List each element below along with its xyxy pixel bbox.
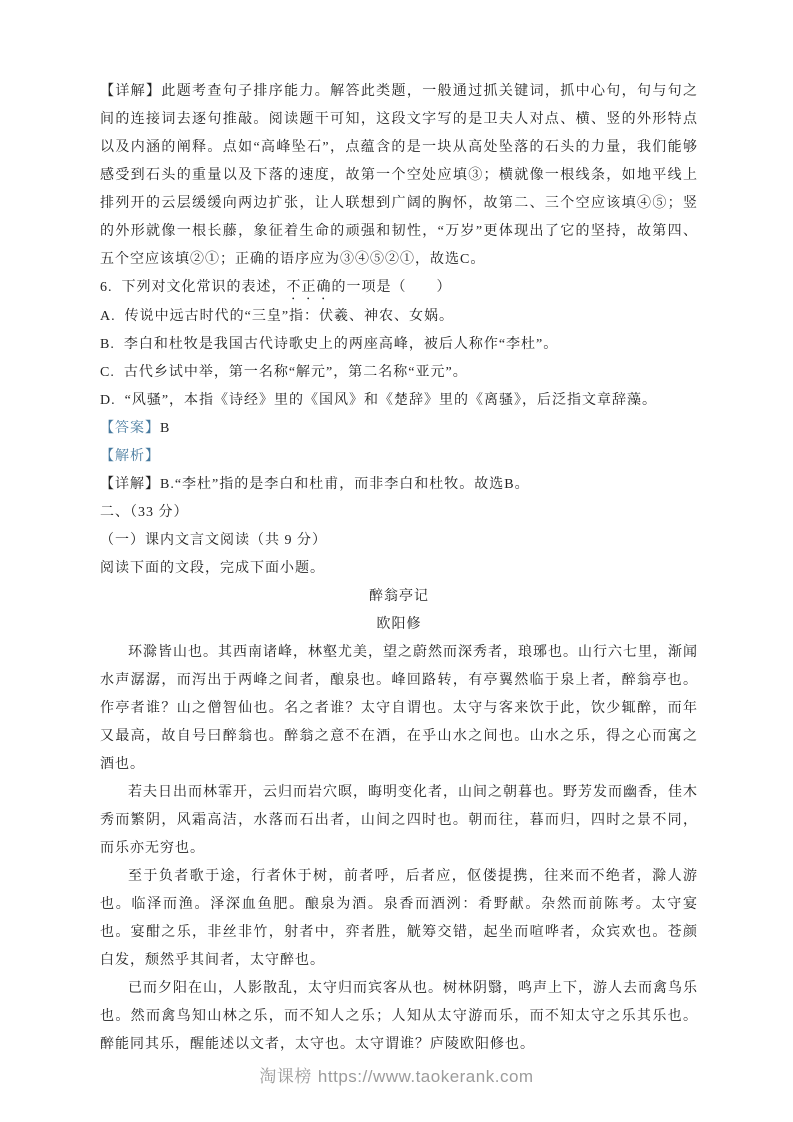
- option-c: C.古代乡试中举，第一名称“解元”，第二名称“亚元”。: [100, 359, 698, 387]
- answer-label: 【答案】: [100, 421, 160, 436]
- footer-site-name: 淘课榜: [259, 1067, 312, 1086]
- option-b-label: B.: [100, 337, 115, 352]
- question-6-stem: 6.下列对文化常识的表述，不正确的一项是（ ）: [100, 274, 698, 303]
- passage-title: 醉翁亭记: [100, 583, 698, 611]
- footer-site-url: https://www.taokerank.com: [318, 1067, 534, 1086]
- subsection-heading: （一）课内文言文阅读（共 9 分）: [100, 527, 698, 555]
- section-heading: 二、（33 分）: [100, 499, 698, 527]
- passage-paragraph-2: 若夫日出而林霏开，云归而岩穴暝，晦明变化者，山间之朝暮也。野芳发而幽香，佳木秀而…: [100, 779, 698, 863]
- question-stem-after: 的一项是（ ）: [332, 280, 452, 295]
- explanation-paragraph-1: 【详解】此题考查句子排序能力。解答此类题，一般通过抓关键词，抓中心句，句与句之间…: [100, 78, 698, 274]
- explanation-paragraph-2: 【详解】B.“李杜”指的是李白和杜甫，而非李白和杜牧。故选B。: [100, 471, 698, 499]
- option-d: D.“风骚”，本指《诗经》里的《国风》和《楚辞》里的《离骚》，后泛指文章辞藻。: [100, 387, 698, 415]
- answer-line: 【答案】B: [100, 415, 698, 443]
- option-a: A.传说中远古时代的“三皇”指：伏羲、神农、女娲。: [100, 303, 698, 331]
- document-page: 【详解】此题考查句子排序能力。解答此类题，一般通过抓关键词，抓中心句，句与句之间…: [0, 0, 793, 1122]
- footer-watermark: 淘课榜https://www.taokerank.com: [0, 1066, 793, 1088]
- passage-paragraph-3: 至于负者歌于途，行者休于树，前者呼，后者应，伛偻提携，往来而不绝者，滁人游也。临…: [100, 863, 698, 975]
- reading-instruction: 阅读下面的文段，完成下面小题。: [100, 555, 698, 583]
- option-c-text: 古代乡试中举，第一名称“解元”，第二名称“亚元”。: [124, 365, 468, 380]
- explanation-text: 此题考查句子排序能力。解答此类题，一般通过抓关键词，抓中心句，句与句之间的连接词…: [100, 84, 698, 267]
- explanation2-text: B.“李杜”指的是李白和杜甫，而非李白和杜牧。故选B。: [160, 477, 530, 492]
- option-c-label: C.: [100, 365, 115, 380]
- explanation-label: 【详解】: [100, 84, 161, 99]
- analysis-label: 【解析】: [100, 449, 160, 464]
- question-stem-emphasis: 不正确: [287, 280, 332, 295]
- analysis-line: 【解析】: [100, 443, 698, 471]
- explanation2-label: 【详解】: [100, 477, 160, 492]
- question-number: 6.: [100, 280, 113, 295]
- passage-paragraph-1: 环滁皆山也。其西南诸峰，林壑尤美，望之蔚然而深秀者，琅琊也。山行六七里，渐闻水声…: [100, 639, 698, 779]
- passage-paragraph-4: 已而夕阳在山，人影散乱，太守归而宾客从也。树林阴翳，鸣声上下，游人去而禽鸟乐也。…: [100, 975, 698, 1059]
- question-stem-before: 下列对文化常识的表述，: [122, 280, 287, 295]
- option-a-text: 传说中远古时代的“三皇”指：伏羲、神农、女娲。: [125, 309, 454, 324]
- answer-value: B: [160, 421, 170, 436]
- option-d-text: “风骚”，本指《诗经》里的《国风》和《楚辞》里的《离骚》，后泛指文章辞藻。: [125, 393, 657, 408]
- option-a-label: A.: [100, 309, 116, 324]
- option-d-label: D.: [100, 393, 116, 408]
- option-b-text: 李白和杜牧是我国古代诗歌史上的两座高峰，被后人称作“李杜”。: [124, 337, 558, 352]
- passage-author: 欧阳修: [100, 611, 698, 639]
- option-b: B.李白和杜牧是我国古代诗歌史上的两座高峰，被后人称作“李杜”。: [100, 331, 698, 359]
